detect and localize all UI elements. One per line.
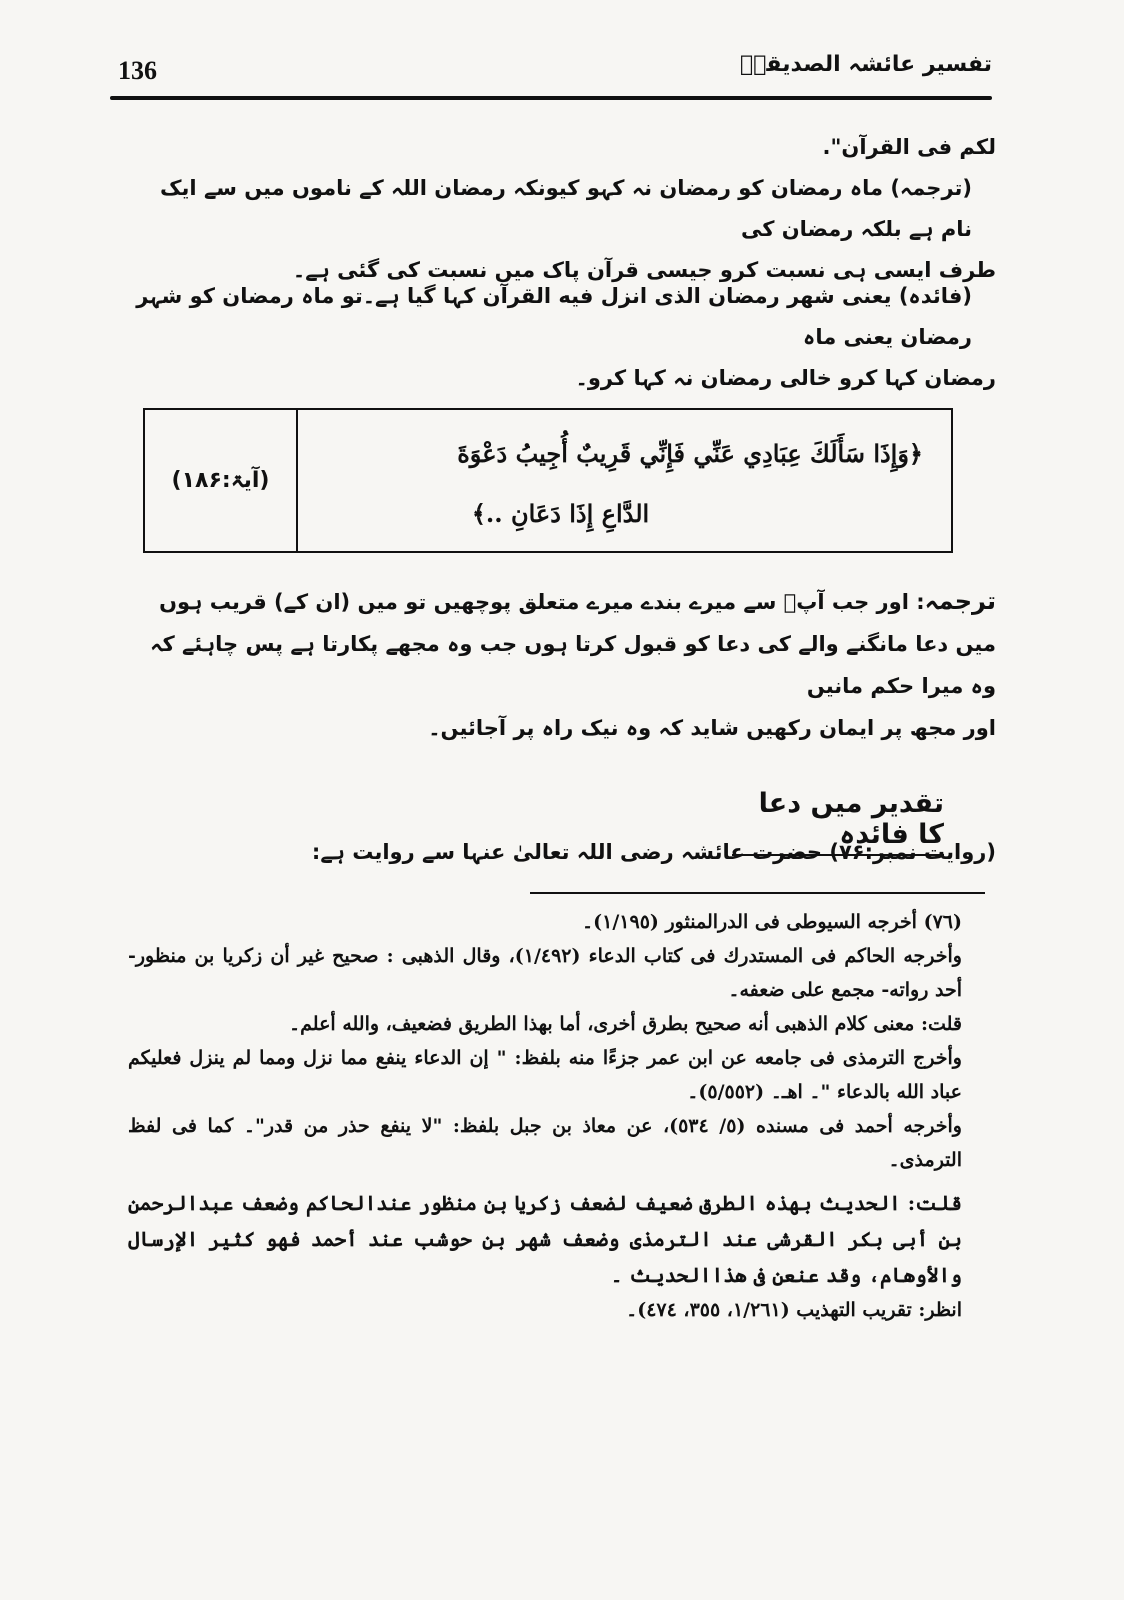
translation-label: ترجمہ	[925, 587, 996, 615]
intro-translation: لكم فى القرآن". (ترجمہ) ماہ رمضان کو رمض…	[126, 127, 996, 291]
footnote: وأخرج الترمذى فى جامعه عن ابن عمر جزءًا …	[128, 1041, 998, 1109]
translation-line: اور مجھ پر ایمان رکھیں شاید کہ وہ نیک را…	[126, 707, 996, 749]
footnote: (٧٦) أخرجه السيوطى فى الدرالمنثور (١/١٩٥…	[128, 905, 998, 939]
quran-verse-box: ﴿وَإِذَا سَأَلَكَ عِبَادِي عَنِّي فَإِنِ…	[143, 408, 953, 553]
benefit-note: (فائدہ) یعنی شهر رمضان الذى انزل فيه الق…	[126, 276, 996, 399]
verse-text: ﴿وَإِذَا سَأَلَكَ عِبَادِي عَنِّي فَإِنِ…	[296, 410, 951, 551]
book-page: 136 تفسیر عائشہ الصدیقہؓ لكم فى القرآن".…	[0, 0, 1124, 1600]
benefit-line: رمضان کہا کرو خالی رمضان نہ کہا کرو۔	[126, 358, 996, 399]
page-header: 136 تفسیر عائشہ الصدیقہؓ	[110, 50, 992, 100]
footnote: وأخرجه أحمد فى مسنده (٥/ ٥٣٤)، عن معاذ ب…	[128, 1109, 998, 1177]
translation-line: (ترجمہ) ماہ رمضان کو رمضان نہ کہو کیونکہ…	[126, 168, 996, 250]
footnote-rule	[530, 892, 985, 894]
footnotes: (٧٦) أخرجه السيوطى فى الدرالمنثور (١/١٩٥…	[128, 905, 998, 1327]
header-rule	[110, 96, 992, 100]
verse-line: ﴿وَإِذَا سَأَلَكَ عِبَادِي عَنِّي فَإِنِ…	[318, 424, 923, 484]
verse-reference: (آیۃ:۱۸۶)	[145, 410, 296, 551]
footnote: وأخرجه الحاكم فى المستدرك فى كتاب الدعاء…	[128, 939, 998, 1007]
benefit-line: (فائدہ) یعنی شهر رمضان الذى انزل فيه الق…	[126, 276, 996, 358]
footnote: قلت: الحديث بهذه الطرق ضعيف لضعف زكريا ب…	[128, 1185, 998, 1293]
verse-line: الدَّاعِ إِذَا دَعَانِ ..﴾	[318, 484, 923, 544]
footnote: انظر: تقريب التهذيب (١/٢٦١، ٣٥٥، ٤٧٤)۔	[128, 1293, 998, 1327]
translation-line: : اور جب آپؐ سے میرے بندے میرے متعلق پوچ…	[159, 590, 925, 614]
quote-end: لكم فى القرآن".	[126, 127, 996, 168]
running-title: تفسیر عائشہ الصدیقہؓ	[740, 52, 992, 77]
translation-line: میں دعا مانگنے والے کی دعا کو قبول کرتا …	[126, 623, 996, 707]
page-number: 136	[118, 56, 157, 86]
footnote: قلت: معنى كلام الذهبى أنه صحيح بطرق أخرى…	[128, 1007, 998, 1041]
narration-line: (روایت نمبر:۷۶) حضرت عائشہ رضی اللہ تعال…	[312, 840, 996, 864]
verse-translation: ترجمہ: اور جب آپؐ سے میرے بندے میرے متعل…	[126, 580, 996, 749]
